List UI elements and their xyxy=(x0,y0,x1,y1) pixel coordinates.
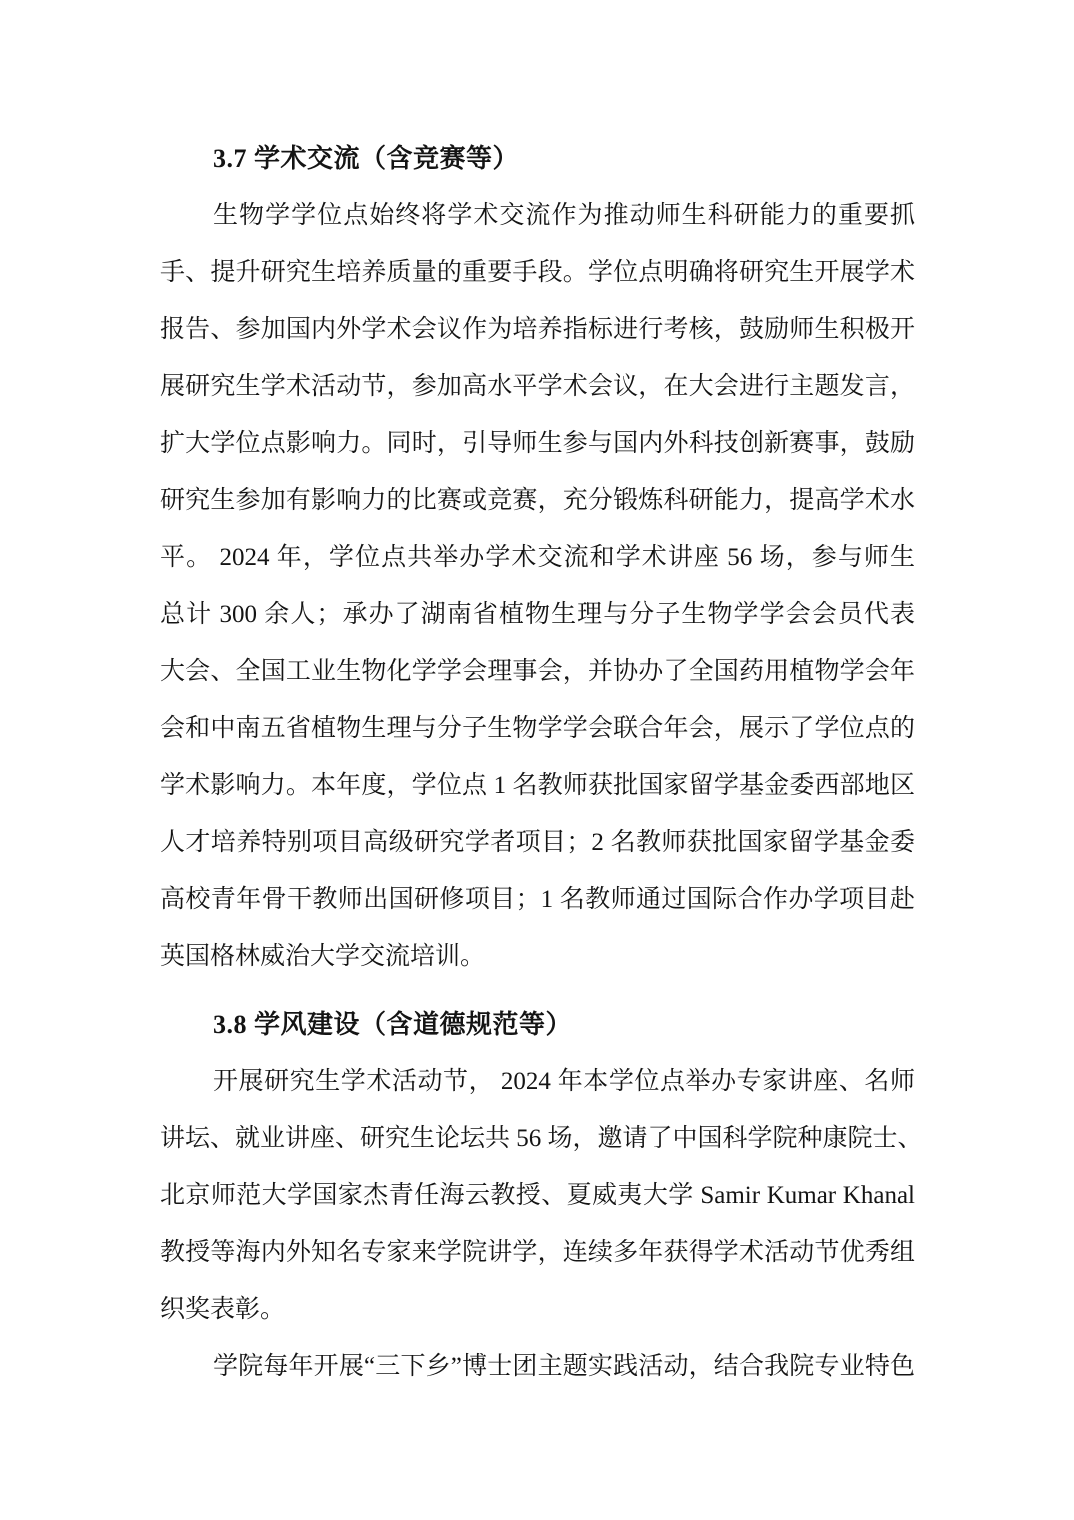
text-line: 学术影响力。本年度，学位点 1 名教师获批国家留学基金委西部地区 xyxy=(160,757,915,814)
text-line: 展研究生学术活动节，参加高水平学术会议，在大会进行主题发言， xyxy=(160,358,915,415)
text-line: 报告、参加国内外学术会议作为培养指标进行考核，鼓励师生积极开 xyxy=(160,301,915,358)
text-line: 大会、全国工业生物化学学会理事会，并协办了全国药用植物学会年 xyxy=(160,643,915,700)
section-3.7: 3.7 学术交流（含竞赛等）生物学学位点始终将学术交流作为推动师生科研能力的重要… xyxy=(160,130,915,985)
text-line: 会和中南五省植物生理与分子生物学学会联合年会，展示了学位点的 xyxy=(160,700,915,757)
text-line: 扩大学位点影响力。同时，引导师生参与国内外科技创新赛事，鼓励 xyxy=(160,415,915,472)
text-line: 人才培养特别项目高级研究学者项目；2 名教师获批国家留学基金委 xyxy=(160,814,915,871)
paragraph: 开展研究生学术活动节， 2024 年本学位点举办专家讲座、名师讲坛、就业讲座、研… xyxy=(160,1053,915,1338)
text-line: 讲坛、就业讲座、研究生论坛共 56 场，邀请了中国科学院种康院士、 xyxy=(160,1110,915,1167)
section-3.8: 3.8 学风建设（含道德规范等）开展研究生学术活动节， 2024 年本学位点举办… xyxy=(160,996,915,1395)
document-page: 3.7 学术交流（含竞赛等）生物学学位点始终将学术交流作为推动师生科研能力的重要… xyxy=(0,0,1074,1520)
text-line: 平。 2024 年，学位点共举办学术交流和学术讲座 56 场，参与师生 xyxy=(160,529,915,586)
text-line: 总计 300 余人；承办了湖南省植物生理与分子生物学学会会员代表 xyxy=(160,586,915,643)
text-line: 英国格林威治大学交流培训。 xyxy=(160,928,915,985)
text-line: 手、提升研究生培养质量的重要手段。学位点明确将研究生开展学术 xyxy=(160,244,915,301)
section-heading: 3.8 学风建设（含道德规范等） xyxy=(160,996,915,1053)
text-line: 北京师范大学国家杰青任海云教授、夏威夷大学 Samir Kumar Khanal xyxy=(160,1167,915,1224)
document-content: 3.7 学术交流（含竞赛等）生物学学位点始终将学术交流作为推动师生科研能力的重要… xyxy=(160,130,915,1395)
text-line: 教授等海内外知名专家来学院讲学，连续多年获得学术活动节优秀组 xyxy=(160,1224,915,1281)
paragraph: 生物学学位点始终将学术交流作为推动师生科研能力的重要抓手、提升研究生培养质量的重… xyxy=(160,187,915,985)
text-line: 开展研究生学术活动节， 2024 年本学位点举办专家讲座、名师 xyxy=(160,1053,915,1110)
text-line: 研究生参加有影响力的比赛或竞赛，充分锻炼科研能力，提高学术水 xyxy=(160,472,915,529)
text-line: 织奖表彰。 xyxy=(160,1281,915,1338)
text-line: 高校青年骨干教师出国研修项目；1 名教师通过国际合作办学项目赴 xyxy=(160,871,915,928)
text-line: 生物学学位点始终将学术交流作为推动师生科研能力的重要抓 xyxy=(160,187,915,244)
paragraph: 学院每年开展“三下乡”博士团主题实践活动，结合我院专业特色 xyxy=(160,1338,915,1395)
section-heading: 3.7 学术交流（含竞赛等） xyxy=(160,130,915,187)
text-line: 学院每年开展“三下乡”博士团主题实践活动，结合我院专业特色 xyxy=(160,1338,915,1395)
